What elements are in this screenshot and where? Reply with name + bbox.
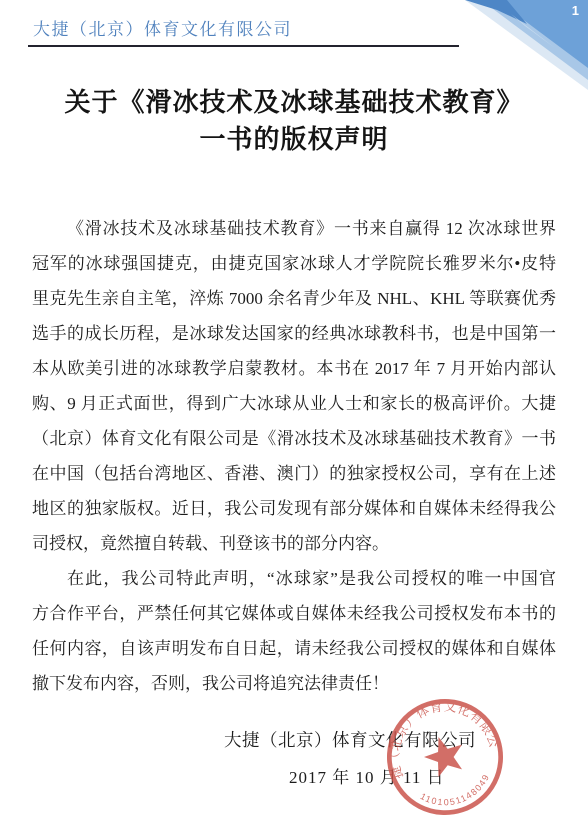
paragraph1-line: 本从欧美引进的冰球教学启蒙教材。本书在 2017 年 7 月开始内部认	[32, 351, 556, 386]
paragraph1-line: 冠军的冰球强国捷克，由捷克国家冰球人才学院院长雅罗米尔•皮特	[32, 246, 556, 281]
paragraph1-line: 选手的成长历程，是冰球发达国家的经典冰球教科书，也是中国第一	[32, 316, 556, 351]
paragraph2-line: 方合作平台，严禁任何其它媒体或自媒体未经我公司授权发布本书的	[32, 596, 556, 631]
paragraph2-line: 在此，我公司特此声明，“冰球家”是我公司授权的唯一中国官	[32, 561, 556, 596]
corner-decoration	[463, 0, 588, 92]
letterhead-company-name: 大捷（北京）体育文化有限公司	[33, 20, 292, 39]
document-title-line1: 关于《滑冰技术及冰球基础技术教育》	[0, 84, 588, 121]
document-title-line2: 一书的版权声明	[0, 121, 588, 158]
paragraph1-line: 购、9 月正式面世，得到广大冰球从业人士和家长的极高评价。大捷	[32, 386, 556, 421]
paragraph1-line: 里克先生亲自主笔，淬炼 7000 余名青少年及 NHL、KHL 等联赛优秀	[32, 281, 556, 316]
seal-star-icon	[420, 731, 470, 779]
paragraph1-line: 地区的独家版权。近日，我公司发现有部分媒体和自媒体未经得我公	[32, 491, 556, 526]
paragraph2-line: 任何内容，自该声明发布自日起，请未经我公司授权的媒体和自媒体	[32, 631, 556, 666]
letterhead: 大捷（北京）体育文化有限公司	[28, 13, 459, 47]
page-number: 1	[572, 3, 579, 18]
paragraph1-line: 《滑冰技术及冰球基础技术教育》一书来自赢得 12 次冰球世界	[32, 211, 556, 246]
company-seal: 大捷（北京）体育文化有限公司 1101051148049	[382, 693, 508, 821]
document-title: 关于《滑冰技术及冰球基础技术教育》 一书的版权声明	[0, 84, 588, 158]
document-page: 1 大捷（北京）体育文化有限公司 关于《滑冰技术及冰球基础技术教育》 一书的版权…	[0, 0, 588, 825]
paragraph1-line: 在中国（包括台湾地区、香港、澳门）的独家授权公司，享有在上述	[32, 456, 556, 491]
paragraph1-line: 司授权，竟然擅自转载、刊登该书的部分内容。	[32, 526, 556, 561]
document-body: 《滑冰技术及冰球基础技术教育》一书来自赢得 12 次冰球世界 冠军的冰球强国捷克…	[32, 211, 556, 701]
paragraph1-line: （北京）体育文化有限公司是《滑冰技术及冰球基础技术教育》一书	[32, 421, 556, 456]
